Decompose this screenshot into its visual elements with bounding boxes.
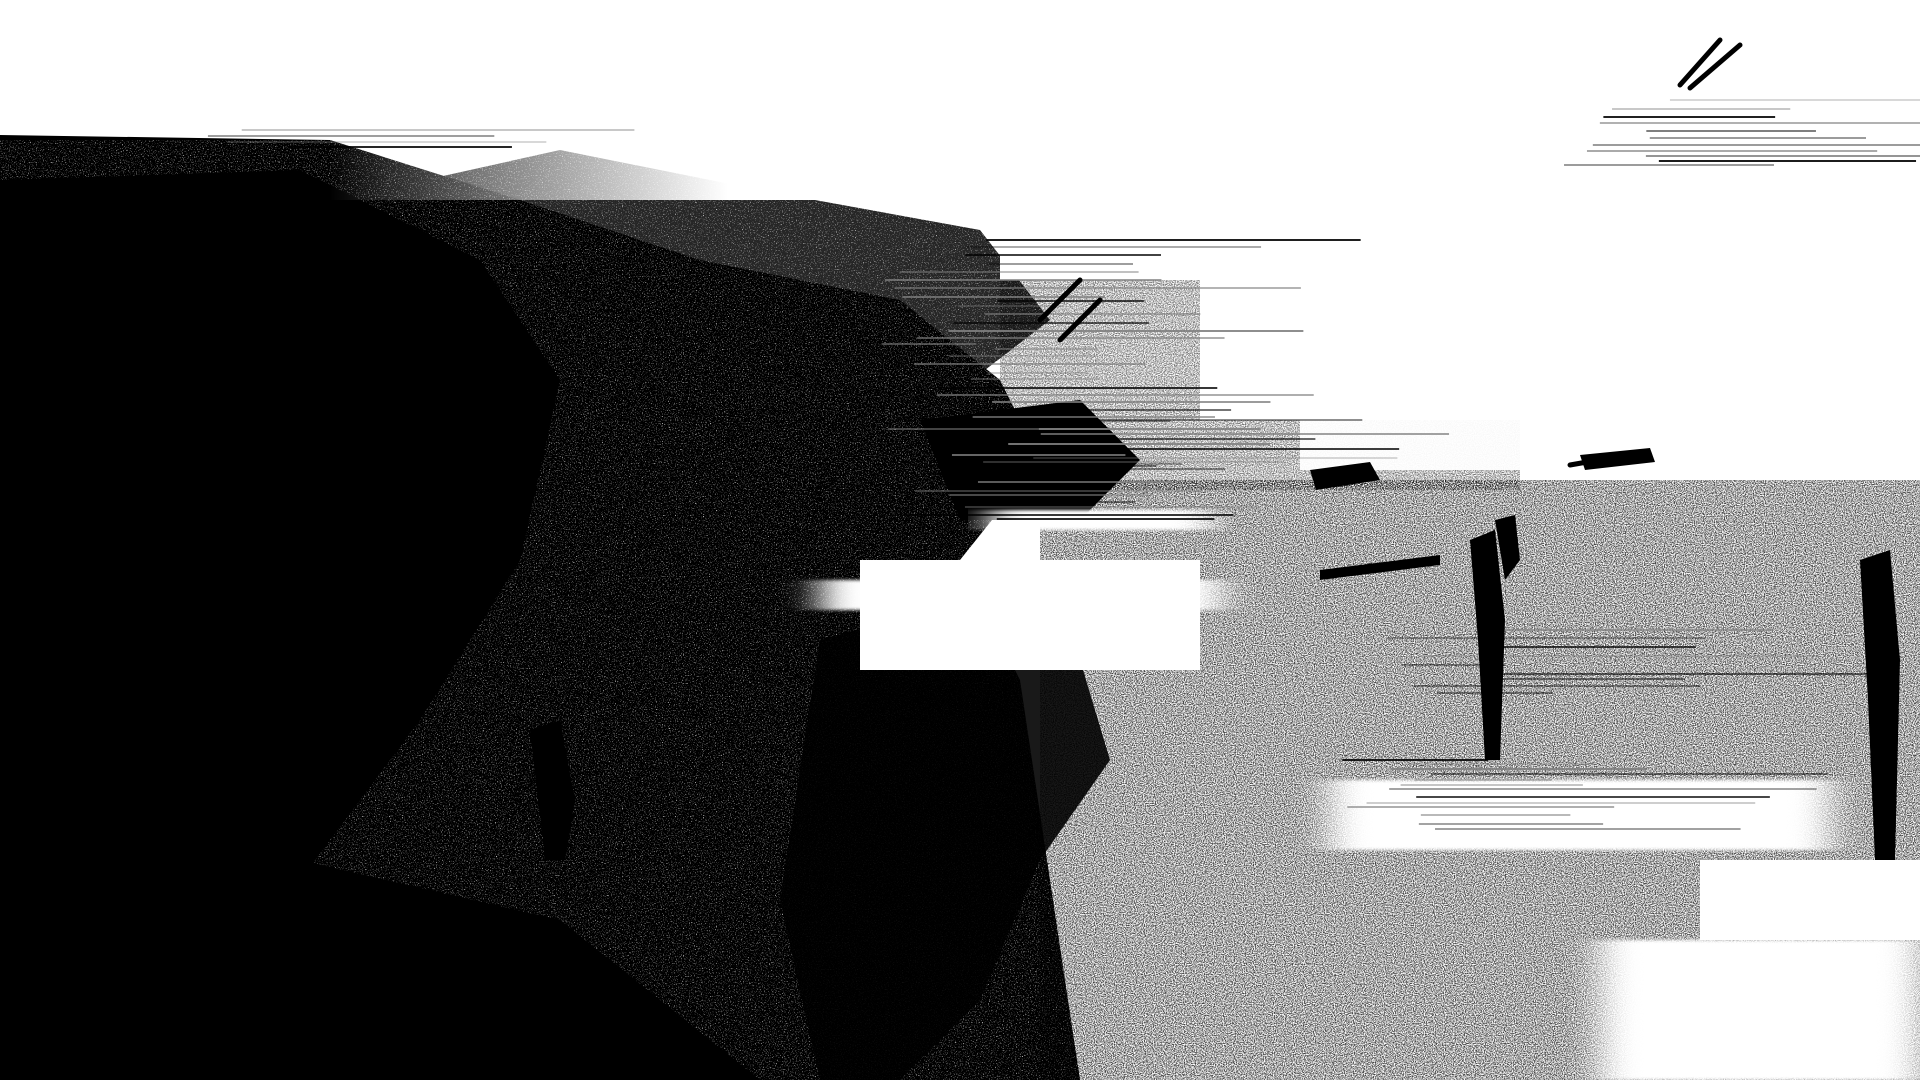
- surface-grain: [0, 140, 1920, 1080]
- sky-specks: [0, 0, 1920, 140]
- glitch-artwork: [0, 0, 1920, 1080]
- artwork-canvas: [0, 0, 1920, 1080]
